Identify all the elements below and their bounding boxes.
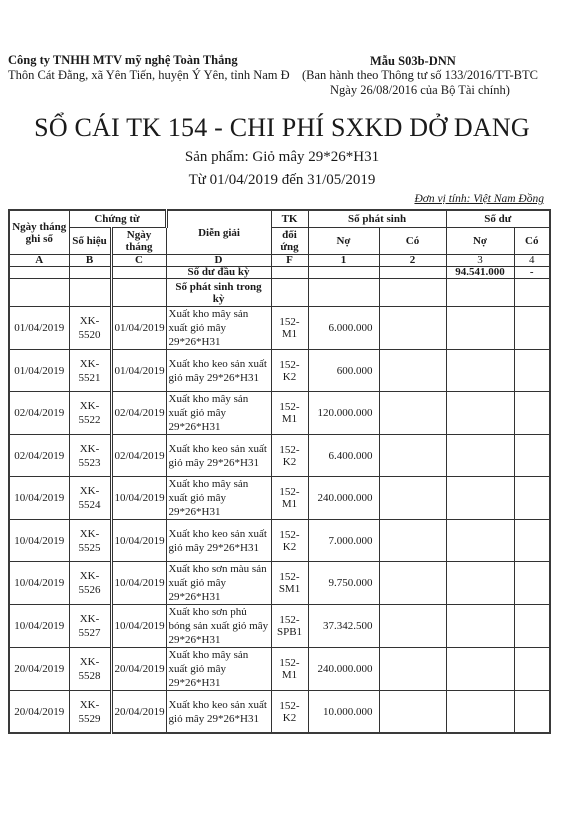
balance-debit [446,605,514,648]
arising-credit [379,477,446,520]
voucher-date: 20/04/2019 [111,691,166,734]
description: Xuất kho keo sản xuất giỏ mây 29*26*H31 [166,350,271,392]
posting-date: 02/04/2019 [9,435,69,477]
opening-balance-label: Số dư đầu kỳ [166,267,271,279]
header-posting-date: Ngày tháng ghi sổ [9,210,69,255]
arising-credit [379,562,446,605]
header-voucher: Chứng từ [69,210,166,228]
posting-date: 01/04/2019 [9,350,69,392]
balance-credit [514,605,550,648]
arising-debit: 7.000.000 [308,520,379,562]
balance-debit [446,477,514,520]
table-row: 02/04/2019XK-552302/04/2019Xuất kho keo … [9,435,550,477]
description: Xuất kho keo sản xuất giỏ mây 29*26*H31 [166,435,271,477]
header-balance-debit: Nợ [446,228,514,255]
arising-debit: 37.342.500 [308,605,379,648]
voucher-date: 10/04/2019 [111,477,166,520]
voucher-no: XK-5524 [69,477,111,520]
table-row: 02/04/2019XK-552202/04/2019Xuất kho mây … [9,392,550,435]
header-row-2: Số hiệu Ngày tháng đối ứng Nợ Có Nợ Có [9,228,550,255]
opening-balance-row: Số dư đầu kỳ 94.541.000 - [9,267,550,279]
form-issued-line1: (Ban hành theo Thông tư số 133/2016/TT-B… [302,68,538,83]
arising-debit: 10.000.000 [308,691,379,734]
header-contra-account-line2: đối ứng [271,228,308,255]
voucher-no: XK-5528 [69,648,111,691]
header-arising-credit: Có [379,228,446,255]
voucher-no: XK-5521 [69,350,111,392]
contra-account: 152-K2 [271,691,308,734]
voucher-date: 10/04/2019 [111,562,166,605]
table-row: 10/04/2019XK-552710/04/2019Xuất kho sơn … [9,605,550,648]
header-balance-credit: Có [514,228,550,255]
company-name: Công ty TNHH MTV mỹ nghệ Toàn Thắng [8,53,238,68]
arising-debit: 600.000 [308,350,379,392]
contra-account: 152-M1 [271,648,308,691]
posting-date: 01/04/2019 [9,307,69,350]
arising-debit: 120.000.000 [308,392,379,435]
description: Xuất kho mây sản xuất giỏ mây 29*26*H31 [166,477,271,520]
arising-debit: 240.000.000 [308,477,379,520]
voucher-no: XK-5520 [69,307,111,350]
balance-debit [446,691,514,734]
table-row: 20/04/2019XK-552920/04/2019Xuất kho keo … [9,691,550,734]
arising-debit: 6.000.000 [308,307,379,350]
arising-credit [379,350,446,392]
arising-label-row: Số phát sinh trong kỳ [9,279,550,307]
arising-debit: 240.000.000 [308,648,379,691]
balance-credit [514,477,550,520]
balance-debit [446,562,514,605]
form-issued-line2: Ngày 26/08/2016 của Bộ Tài chính) [330,83,510,98]
column-code: D [166,255,271,267]
description: Xuất kho keo sản xuất giỏ mây 29*26*H31 [166,520,271,562]
contra-account: 152-M1 [271,307,308,350]
table-row: 10/04/2019XK-552510/04/2019Xuất kho keo … [9,520,550,562]
voucher-no: XK-5523 [69,435,111,477]
table-row: 10/04/2019XK-552410/04/2019Xuất kho mây … [9,477,550,520]
balance-debit [446,350,514,392]
header-arising-debit: Nợ [308,228,379,255]
voucher-date: 01/04/2019 [111,350,166,392]
voucher-date: 20/04/2019 [111,648,166,691]
arising-credit [379,605,446,648]
balance-credit [514,350,550,392]
header-balance: Số dư [446,210,550,228]
opening-balance-debit: 94.541.000 [446,267,514,279]
voucher-no: XK-5525 [69,520,111,562]
description: Xuất kho mây sản xuất giỏ mây 29*26*H31 [166,392,271,435]
column-code: 3 [446,255,514,267]
balance-debit [446,648,514,691]
posting-date: 10/04/2019 [9,562,69,605]
arising-debit: 9.750.000 [308,562,379,605]
balance-credit [514,307,550,350]
balance-debit [446,307,514,350]
balance-credit [514,648,550,691]
column-code: 1 [308,255,379,267]
column-code: C [111,255,166,267]
ledger-table: Ngày tháng ghi sổ Chứng từ Diễn giải TK … [8,209,551,734]
voucher-no: XK-5526 [69,562,111,605]
posting-date: 10/04/2019 [9,477,69,520]
contra-account: 152-K2 [271,350,308,392]
company-address: Thôn Cát Đằng, xã Yên Tiến, huyện Ý Yên,… [8,68,290,83]
table-row: 10/04/2019XK-552610/04/2019Xuất kho sơn … [9,562,550,605]
voucher-date: 02/04/2019 [111,435,166,477]
posting-date: 20/04/2019 [9,648,69,691]
description: Xuất kho sơn màu sản xuất giỏ mây 29*26*… [166,562,271,605]
document-title: SỔ CÁI TK 154 - CHI PHÍ SXKD DỞ DANG [0,113,564,143]
arising-credit [379,435,446,477]
balance-credit [514,392,550,435]
contra-account: 152-K2 [271,435,308,477]
balance-debit [446,392,514,435]
column-code: 4 [514,255,550,267]
description: Xuất kho mây sản xuất giỏ mây 29*26*H31 [166,307,271,350]
form-code: Mẫu S03b-DNN [370,54,456,69]
balance-credit [514,691,550,734]
balance-credit [514,520,550,562]
column-code: 2 [379,255,446,267]
header-contra-account-line1: TK [271,210,308,228]
contra-account: 152-K2 [271,520,308,562]
description: Xuất kho keo sản xuất giỏ mây 29*26*H31 [166,691,271,734]
contra-account: 152-M1 [271,477,308,520]
table-row: 20/04/2019XK-552820/04/2019Xuất kho mây … [9,648,550,691]
description: Xuất kho mây sản xuất giỏ mây 29*26*H31 [166,648,271,691]
voucher-no: XK-5522 [69,392,111,435]
column-code: A [9,255,69,267]
posting-date: 10/04/2019 [9,520,69,562]
posting-date: 10/04/2019 [9,605,69,648]
currency-unit: Đơn vị tính: Việt Nam Đồng [414,193,544,205]
voucher-date: 02/04/2019 [111,392,166,435]
table-row: 01/04/2019XK-552001/04/2019Xuất kho mây … [9,307,550,350]
balance-debit [446,520,514,562]
balance-debit [446,435,514,477]
product-name: Sản phẩm: Giỏ mây 29*26*H31 [0,149,564,166]
arising-credit [379,392,446,435]
header-voucher-no: Số hiệu [69,228,111,255]
header-voucher-date: Ngày tháng [111,228,166,255]
arising-credit [379,648,446,691]
table-row: 01/04/2019XK-552101/04/2019Xuất kho keo … [9,350,550,392]
column-code: B [69,255,111,267]
voucher-date: 10/04/2019 [111,605,166,648]
voucher-date: 01/04/2019 [111,307,166,350]
voucher-no: XK-5529 [69,691,111,734]
contra-account: 152-SPB1 [271,605,308,648]
arising-credit [379,691,446,734]
arising-credit [379,520,446,562]
balance-credit [514,435,550,477]
arising-debit: 6.400.000 [308,435,379,477]
posting-date: 20/04/2019 [9,691,69,734]
report-period: Từ 01/04/2019 đến 31/05/2019 [0,172,564,189]
column-code: F [271,255,308,267]
contra-account: 152-M1 [271,392,308,435]
opening-balance-credit: - [514,267,550,279]
header-row-1: Ngày tháng ghi sổ Chứng từ Diễn giải TK … [9,210,550,228]
column-code-row: A B C D F 1 2 3 4 [9,255,550,267]
header-arising: Số phát sinh [308,210,446,228]
description: Xuất kho sơn phủ bóng sản xuất giỏ mây 2… [166,605,271,648]
contra-account: 152-SM1 [271,562,308,605]
posting-date: 02/04/2019 [9,392,69,435]
header-description: Diễn giải [166,210,271,255]
arising-label: Số phát sinh trong kỳ [166,279,271,307]
voucher-date: 10/04/2019 [111,520,166,562]
arising-credit [379,307,446,350]
balance-credit [514,562,550,605]
voucher-no: XK-5527 [69,605,111,648]
